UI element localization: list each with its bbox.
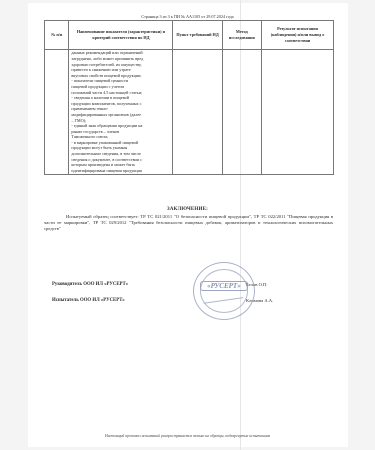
cell-number: [45, 49, 69, 175]
column-header-indicator: Наименование показателя (характеристики)…: [69, 21, 173, 50]
indicator-line: идентифицирована пищевая продукция: [71, 168, 170, 174]
footer-note: Настоящий протокол испытаний распростран…: [80, 434, 295, 439]
conclusion-title: ЗАКЛЮЧЕНИЕ:: [0, 207, 375, 212]
signature-role-tester: Испытатель ООО ИЛ «РУСЕРТ»: [52, 298, 125, 303]
table-row: данных рекомендаций или ограничений затр…: [45, 49, 334, 175]
page-reference: Страница 3 из 3 к ПИ № АА1105 от 29.07.2…: [0, 14, 375, 19]
results-table: № п/п Наименование показателя (характери…: [44, 20, 334, 175]
conclusion-text: Испытуемый образец соответствует: ТР ТС …: [44, 214, 333, 232]
cell-requirement-point: [173, 49, 222, 175]
column-header-requirement-point: Пункт требований НД: [173, 21, 222, 50]
table-header-row: № п/п Наименование показателя (характери…: [45, 21, 334, 50]
column-header-number: № п/п: [45, 21, 69, 50]
cell-method: [222, 49, 262, 175]
cell-indicator: данных рекомендаций или ограничений затр…: [69, 49, 173, 175]
column-header-method: Метод исследования: [222, 21, 262, 50]
column-header-result: Результат испытания (наблюдения) и/или в…: [262, 21, 334, 50]
cell-result: [262, 49, 334, 175]
signature-role-head: Руководитель ООО ИЛ «РУСЕРТ»: [52, 282, 128, 287]
